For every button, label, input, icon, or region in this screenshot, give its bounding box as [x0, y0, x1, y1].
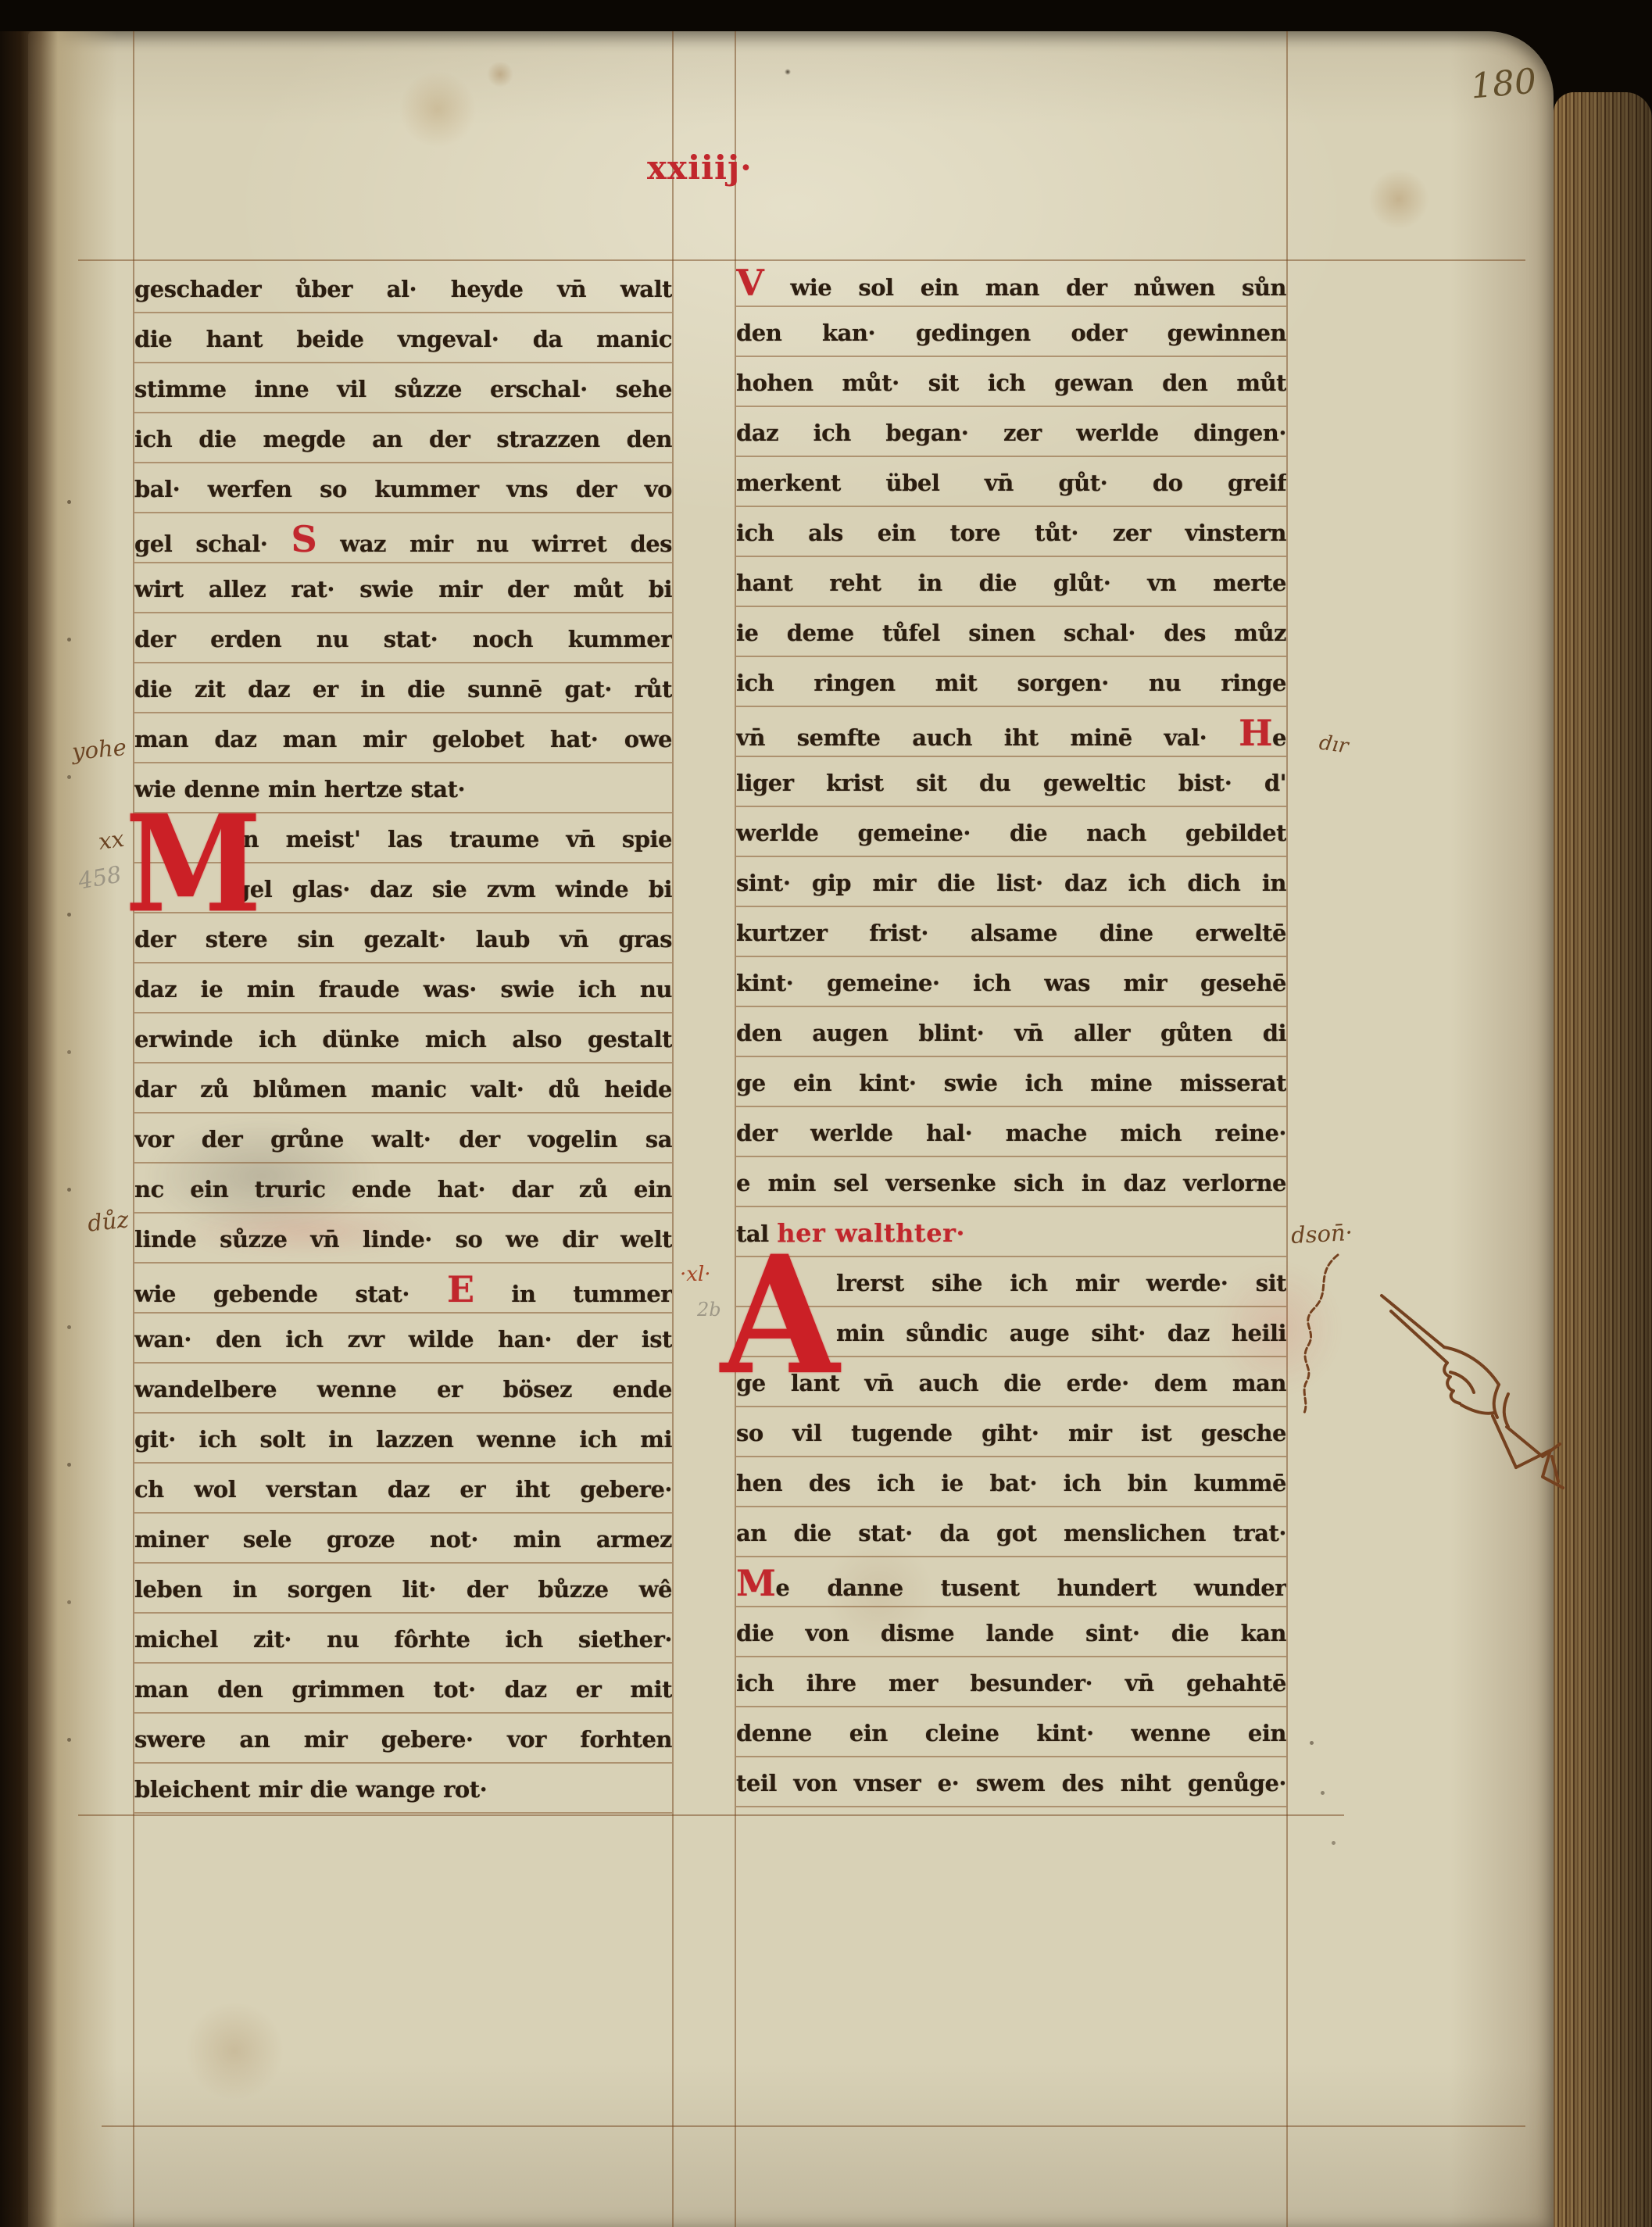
body-ink-text: git· ich solt in lazzen wenne ich mi — [134, 1426, 672, 1453]
manuscript-text-line: den kan· gedingen oder gewinnen — [736, 308, 1286, 358]
body-ink-text: swere an mir gebere· vor forhten — [134, 1726, 672, 1753]
ruling-line-vertical — [1286, 31, 1288, 2227]
body-ink-text: man den grimmen tot· daz er mit — [134, 1676, 672, 1703]
manuscript-text-line: wirt allez rat· swie mir der můt bi — [134, 564, 672, 614]
text-column-left: geschader ůber al· heyde vn̄ waltdie han… — [134, 264, 672, 1814]
rubric-red-text: V — [736, 262, 763, 304]
body-ink-text: bleichent mir die wange rot· — [134, 1776, 487, 1803]
manuscript-text-line: ch wol verstan daz er iht gebere· — [134, 1464, 672, 1514]
manuscript-text-line: miner sele groze not· min armez — [134, 1514, 672, 1564]
manuscript-text-line: kurtzer frist· alsame dine erweltē — [736, 908, 1286, 958]
body-ink-text: liger krist sit du geweltic bist· d' — [736, 770, 1286, 796]
body-ink-text: michel zit· nu fôrhte ich siether· — [134, 1626, 672, 1653]
body-ink-text: ich ringen mit sorgen· nu ringe — [736, 670, 1286, 696]
rubric-red-text: M — [736, 1562, 775, 1604]
pricking-dots — [67, 500, 71, 504]
folio-number: 180 — [1469, 61, 1538, 106]
quire-heading-roman-numeral: xxiiij· — [647, 148, 764, 187]
manuscript-text-line: nc ein truric ende hat· dar zů ein — [134, 1164, 672, 1214]
manuscript-text-line: sint· gip mir die list· daz ich dich in — [736, 858, 1286, 908]
body-ink-text: daz ie min fraude was· swie ich nu — [134, 976, 672, 1003]
body-ink-text: wie sol ein man der nůwen sůn — [763, 274, 1286, 301]
manicule-pointing-hand-icon — [1369, 1280, 1564, 1491]
manuscript-text-line: hant reht in die glůt· vn merte — [736, 558, 1286, 608]
manuscript-text-line: man den grimmen tot· daz er mit — [134, 1664, 672, 1714]
margin-note-dir: dır — [1318, 731, 1350, 759]
body-ink-text: min sůndic auge siht· daz heili — [836, 1320, 1286, 1346]
manuscript-text-line: daz ich began· zer werlde dingen· — [736, 408, 1286, 458]
lombard-initial-A: A — [721, 1235, 839, 1397]
body-ink-text: stimme inne vil sůzze erschal· sehe — [134, 376, 672, 402]
body-ink-text: wandelbere wenne er bösez ende — [134, 1376, 672, 1403]
body-ink-text: der werlde hal· mache mich reine· — [736, 1120, 1286, 1146]
manuscript-text-line: bleichent mir die wange rot· — [134, 1764, 672, 1814]
manuscript-text-line: werlde gemeine· die nach gebildet — [736, 808, 1286, 858]
body-ink-text: so vil tugende giht· mir ist gesche — [736, 1420, 1286, 1446]
body-ink-text: kint· gemeine· ich was mir gesehē — [736, 970, 1286, 996]
margin-note-xx: xx — [97, 825, 126, 855]
manuscript-text-line: erwinde ich dünke mich also gestalt — [134, 1014, 672, 1064]
manuscript-text-line: ich als ein tore tůt· zer vinstern — [736, 508, 1286, 558]
manuscript-text-line: so vil tugende giht· mir ist gesche — [736, 1408, 1286, 1458]
marginal-flourish-icon — [1291, 1250, 1361, 1430]
body-ink-text: hant reht in die glůt· vn merte — [736, 570, 1286, 596]
body-ink-text: an die stat· da got menslichen trat· — [736, 1520, 1286, 1546]
manuscript-text-line: ie deme tůfel sinen schal· des můz — [736, 608, 1286, 658]
body-ink-text: hen des ich ie bat· ich bin kummē — [736, 1470, 1286, 1496]
margin-note-dson: dson̄· — [1290, 1219, 1353, 1249]
body-ink-text: vor der grůne walt· der vogelin sa — [134, 1126, 672, 1153]
body-ink-text: wan· den ich zvr wilde han· der ist — [134, 1326, 672, 1353]
body-ink-text: die hant beide vngeval· da manic — [134, 326, 672, 352]
manuscript-text-line: Me danne tusent hundert wunder — [736, 1558, 1286, 1608]
manuscript-text-line: vor der grůne walt· der vogelin sa — [134, 1114, 672, 1164]
manuscript-text-line: vn̄ semfte auch iht minē val· He — [736, 708, 1286, 758]
body-ink-text: vn̄ semfte auch iht minē val· — [736, 724, 1239, 751]
manuscript-text-line: denne ein cleine kint· wenne ein — [736, 1708, 1286, 1758]
manuscript-text-line: ge ein kint· swie ich mine misserat — [736, 1058, 1286, 1108]
rubric-red-text: H — [1239, 712, 1272, 754]
manuscript-text-line: teil von vnser e· swem des niht genůge· — [736, 1758, 1286, 1808]
manuscript-text-line: bal· werfen so kummer vns der vo — [134, 464, 672, 514]
body-ink-text: miner sele groze not· min armez — [134, 1526, 672, 1553]
body-ink-text: linde sůzze vn̄ linde· so we dir welt — [134, 1226, 672, 1253]
body-ink-text: wie gebende stat· — [134, 1281, 447, 1307]
lombard-initial-M: M — [125, 799, 262, 932]
body-ink-text: geschader ůber al· heyde vn̄ walt — [134, 276, 672, 302]
body-ink-text: ch wol verstan daz er iht gebere· — [134, 1476, 672, 1503]
body-ink-text: denne ein cleine kint· wenne ein — [736, 1720, 1286, 1746]
manuscript-text-line: e min sel versenke sich in daz verlorne — [736, 1158, 1286, 1208]
manuscript-text-line: git· ich solt in lazzen wenne ich mi — [134, 1414, 672, 1464]
margin-note-xl-strophe-number: ·xl· — [680, 1263, 711, 1286]
manuscript-text-line: an die stat· da got menslichen trat· — [736, 1508, 1286, 1558]
manuscript-text-line: den augen blint· vn̄ aller gůten di — [736, 1008, 1286, 1058]
manuscript-text-line: ich ringen mit sorgen· nu ringe — [736, 658, 1286, 708]
manuscript-text-line: man daz man mir gelobet hat· owe — [134, 714, 672, 764]
body-ink-text: ich ihre mer besunder· vn̄ gehahtē — [736, 1670, 1286, 1696]
pricking-dots — [1310, 1741, 1314, 1745]
manuscript-text-line: merkent übel vn̄ gůt· do greif — [736, 458, 1286, 508]
book-gutter-shadow — [0, 31, 117, 2227]
body-ink-text: die von disme lande sint· die kan — [736, 1620, 1286, 1646]
body-ink-text: in tummer — [474, 1281, 673, 1307]
manuscript-text-line: wie gebende stat· E in tummer — [134, 1264, 672, 1314]
body-ink-text: wirt allez rat· swie mir der můt bi — [134, 576, 672, 602]
body-ink-text: leben in sorgen lit· der bůzze wê — [134, 1576, 672, 1603]
manuscript-text-line: die von disme lande sint· die kan — [736, 1608, 1286, 1658]
body-ink-text: ge ein kint· swie ich mine misserat — [736, 1070, 1286, 1096]
manuscript-text-line: kint· gemeine· ich was mir gesehē — [736, 958, 1286, 1008]
manuscript-text-line: linde sůzze vn̄ linde· so we dir welt — [134, 1214, 672, 1264]
manuscript-text-line: die hant beide vngeval· da manic — [134, 314, 672, 364]
ruling-line-horizontal — [102, 2125, 1525, 2127]
ruling-line-vertical — [672, 31, 674, 2227]
rubric-red-text: E — [447, 1268, 474, 1310]
body-ink-text: werlde gemeine· die nach gebildet — [736, 820, 1286, 846]
body-ink-text: die zit daz er in die sunnē gat· růt — [134, 676, 672, 702]
body-ink-text: hohen můt· sit ich gewan den můt — [736, 370, 1286, 396]
manuscript-text-line: daz ie min fraude was· swie ich nu — [134, 964, 672, 1014]
manuscript-text-line: hohen můt· sit ich gewan den můt — [736, 358, 1286, 408]
body-ink-text: den augen blint· vn̄ aller gůten di — [736, 1020, 1286, 1046]
body-ink-text: ich die megde an der strazzen den — [134, 426, 672, 452]
manuscript-text-line: der erden nu stat· noch kummer — [134, 614, 672, 664]
rubric-red-text: S — [291, 518, 316, 560]
body-ink-text: e min sel versenke sich in daz verlorne — [736, 1170, 1286, 1196]
book-fore-edge-pages — [1554, 92, 1652, 2227]
body-ink-text: man daz man mir gelobet hat· owe — [134, 726, 672, 752]
body-ink-text: daz ich began· zer werlde dingen· — [736, 420, 1286, 446]
manuscript-text-line: swere an mir gebere· vor forhten — [134, 1714, 672, 1764]
body-ink-text: ie deme tůfel sinen schal· des můz — [736, 620, 1286, 646]
body-ink-text: dar zů blůmen manic valt· dů heide — [134, 1076, 672, 1103]
manuscript-text-line: die zit daz er in die sunnē gat· růt — [134, 664, 672, 714]
body-ink-text: gel schal· — [134, 531, 291, 557]
manuscript-text-line: leben in sorgen lit· der bůzze wê — [134, 1564, 672, 1614]
body-ink-text: nc ein truric ende hat· dar zů ein — [134, 1176, 672, 1203]
manuscript-text-line: geschader ůber al· heyde vn̄ walt — [134, 264, 672, 314]
manuscript-text-line: V wie sol ein man der nůwen sůn — [736, 258, 1286, 308]
margin-note-hohe: yohe — [71, 734, 127, 765]
margin-note-2b-pencil: 2b — [697, 1299, 721, 1321]
manuscript-text-line: der werlde hal· mache mich reine· — [736, 1108, 1286, 1158]
body-ink-text: sint· gip mir die list· daz ich dich in — [736, 870, 1286, 896]
body-ink-text: bal· werfen so kummer vns der vo — [134, 476, 672, 502]
manuscript-text-line: stimme inne vil sůzze erschal· sehe — [134, 364, 672, 414]
manuscript-text-line: wan· den ich zvr wilde han· der ist — [134, 1314, 672, 1364]
body-ink-text: den kan· gedingen oder gewinnen — [736, 320, 1286, 346]
photo-backdrop: xxiiij· 180 geschader ůber al· heyde vn̄… — [0, 0, 1652, 2227]
manuscript-text-line: hen des ich ie bat· ich bin kummē — [736, 1458, 1286, 1508]
manuscript-text-line: liger krist sit du geweltic bist· d' — [736, 758, 1286, 808]
manuscript-text-line: ich ihre mer besunder· vn̄ gehahtē — [736, 1658, 1286, 1708]
body-ink-text: der erden nu stat· noch kummer — [134, 626, 672, 652]
body-ink-text: merkent übel vn̄ gůt· do greif — [736, 470, 1286, 496]
body-ink-text: e danne tusent hundert wunder — [775, 1575, 1286, 1601]
manuscript-text-line: gel schal· S waz mir nu wirret des — [134, 514, 672, 564]
manuscript-text-line: ich die megde an der strazzen den — [134, 414, 672, 464]
body-ink-text: kurtzer frist· alsame dine erweltē — [736, 920, 1286, 946]
body-ink-text: teil von vnser e· swem des niht genůge· — [736, 1770, 1286, 1796]
text-column-right: V wie sol ein man der nůwen sůnden kan· … — [736, 258, 1286, 1808]
manuscript-text-line: dar zů blůmen manic valt· dů heide — [134, 1064, 672, 1114]
body-ink-text: in meist' las traume vn̄ spie — [234, 826, 672, 853]
body-ink-text: lrerst sihe ich mir werde· sit — [836, 1270, 1286, 1296]
manuscript-text-line: wandelbere wenne er bösez ende — [134, 1364, 672, 1414]
body-ink-text: e — [1272, 724, 1286, 751]
body-ink-text: gel glas· daz sie zvm winde bi — [234, 876, 672, 903]
ruling-line-horizontal — [78, 1814, 1344, 1816]
body-ink-text: erwinde ich dünke mich also gestalt — [134, 1026, 672, 1053]
body-ink-text: waz mir nu wirret des — [316, 531, 672, 557]
manuscript-text-line: michel zit· nu fôrhte ich siether· — [134, 1614, 672, 1664]
margin-note-duz: důz — [86, 1206, 130, 1236]
body-ink-text: ich als ein tore tůt· zer vinstern — [736, 520, 1286, 546]
